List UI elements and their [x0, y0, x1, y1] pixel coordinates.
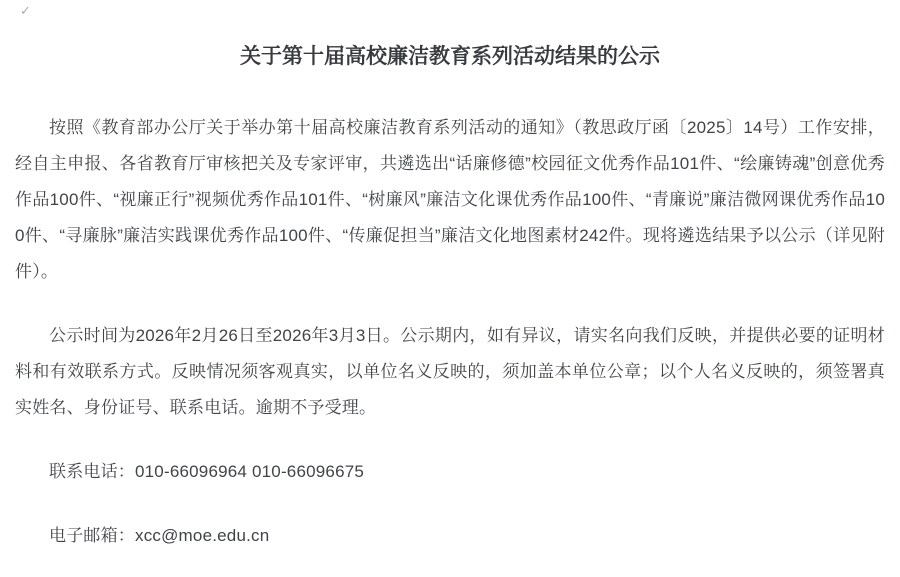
notice-paragraph-selection-results: 按照《教育部办公厅关于举办第十届高校廉洁教育系列活动的通知》（教思政厅函〔202…	[15, 110, 885, 290]
notice-page: ✓ 关于第十届高校廉洁教育系列活动结果的公示 按照《教育部办公厅关于举办第十届高…	[0, 0, 900, 577]
checkmark-icon: ✓	[20, 4, 31, 17]
contact-phone-line: 联系电话：010-66096964 010-66096675	[15, 454, 885, 490]
notice-title: 关于第十届高校廉洁教育系列活动结果的公示	[15, 42, 885, 72]
contact-email-line: 电子邮箱：xcc@moe.edu.cn	[15, 518, 885, 554]
notice-paragraph-publicity-period: 公示时间为2026年2月26日至2026年3月3日。公示期内，如有异议，请实名向…	[15, 318, 885, 426]
